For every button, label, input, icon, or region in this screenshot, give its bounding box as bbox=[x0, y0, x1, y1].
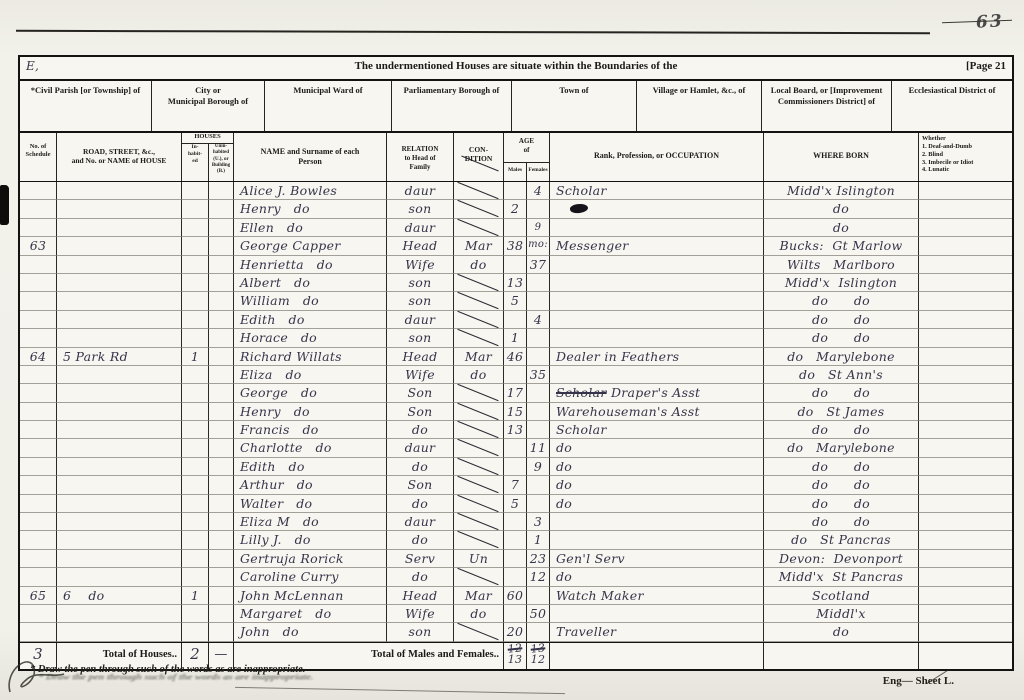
cell-occupation: Dealer in Feathers bbox=[550, 348, 764, 366]
cell-condition: Mar bbox=[454, 237, 504, 255]
cell-age_m bbox=[504, 513, 527, 531]
cell-born: do do bbox=[764, 384, 919, 402]
cell-name: Horace do bbox=[234, 329, 387, 347]
cell-relation: son bbox=[387, 623, 454, 641]
cell-occupation bbox=[550, 219, 764, 237]
cell-relation: son bbox=[387, 329, 454, 347]
cell-born: do do bbox=[764, 329, 919, 347]
cell-name: Eliza M do bbox=[234, 513, 387, 531]
district-header-6: Local Board, or [Improvement Commissione… bbox=[762, 81, 892, 131]
cell-relation: do bbox=[387, 495, 454, 513]
cell-schedule bbox=[20, 476, 57, 494]
district-header-row: *Civil Parish [or Township] ofCity or Mu… bbox=[20, 81, 1012, 133]
cell-occupation: do bbox=[550, 439, 764, 457]
cell-age_m: 17 bbox=[504, 384, 527, 402]
cell-uninhabited bbox=[209, 550, 234, 568]
cell-infirmity bbox=[919, 476, 1012, 494]
cell-relation: Son bbox=[387, 384, 454, 402]
cell-occupation: Traveller bbox=[550, 623, 764, 641]
cell-infirmity bbox=[919, 439, 1012, 457]
cell-infirmity bbox=[919, 458, 1012, 476]
cell-uninhabited bbox=[209, 311, 234, 329]
cell-inhabited bbox=[182, 384, 209, 402]
col-head-name: NAME and Surname of each Person bbox=[234, 133, 387, 181]
condition-pen-slash bbox=[457, 311, 498, 328]
cell-name: Henrietta do bbox=[234, 256, 387, 274]
cell-name: Francis do bbox=[234, 421, 387, 439]
cell-infirmity bbox=[919, 348, 1012, 366]
census-scan-page: 63 E, The undermentioned Houses are situ… bbox=[0, 0, 1024, 700]
cell-born: do do bbox=[764, 513, 919, 531]
cell-relation: Wife bbox=[387, 366, 454, 384]
cell-name: Henry do bbox=[234, 200, 387, 218]
cell-infirmity bbox=[919, 329, 1012, 347]
cell-age_m bbox=[504, 568, 527, 586]
cell-condition bbox=[454, 219, 504, 237]
cell-born: Midd'x Islington bbox=[764, 182, 919, 200]
cell-condition: do bbox=[454, 605, 504, 623]
col-head-road: ROAD, STREET, &c., and No. or NAME of HO… bbox=[57, 133, 182, 181]
cell-road bbox=[57, 605, 182, 623]
cell-road bbox=[57, 568, 182, 586]
cell-age_f: 9 mo: bbox=[527, 219, 550, 237]
district-header-2: Municipal Ward of bbox=[265, 81, 392, 131]
cell-name: Albert do bbox=[234, 274, 387, 292]
cell-age_m: 20 bbox=[504, 623, 527, 641]
summary-empty-infirmity bbox=[919, 643, 1012, 669]
summary-empty-occupation bbox=[550, 643, 764, 669]
cell-infirmity bbox=[919, 237, 1012, 255]
cell-schedule bbox=[20, 458, 57, 476]
cell-road bbox=[57, 384, 182, 402]
cell-age_f bbox=[527, 348, 550, 366]
cell-inhabited bbox=[182, 476, 209, 494]
cell-inhabited bbox=[182, 568, 209, 586]
cell-road bbox=[57, 403, 182, 421]
cell-age_f bbox=[527, 403, 550, 421]
condition-pen-slash bbox=[457, 384, 498, 401]
cell-road bbox=[57, 256, 182, 274]
cell-age_f: 23 bbox=[527, 550, 550, 568]
cell-born: Bucks: Gt Marlow bbox=[764, 237, 919, 255]
cell-relation: Head bbox=[387, 348, 454, 366]
cell-infirmity bbox=[919, 256, 1012, 274]
cell-occupation bbox=[550, 256, 764, 274]
cell-schedule bbox=[20, 605, 57, 623]
col-head-houses-group: HOUSES bbox=[182, 133, 234, 144]
cell-uninhabited bbox=[209, 384, 234, 402]
cell-uninhabited bbox=[209, 476, 234, 494]
cell-inhabited bbox=[182, 623, 209, 641]
cell-occupation: Warehouseman's Asst bbox=[550, 403, 764, 421]
cell-infirmity bbox=[919, 550, 1012, 568]
cell-relation: do bbox=[387, 458, 454, 476]
condition-pen-slash bbox=[457, 458, 498, 475]
cell-age_f bbox=[527, 274, 550, 292]
cell-occupation: do bbox=[550, 495, 764, 513]
cell-schedule bbox=[20, 421, 57, 439]
condition-pen-slash bbox=[457, 494, 498, 511]
col-head-occupation: Rank, Profession, or OCCUPATION bbox=[550, 133, 764, 181]
cell-condition bbox=[454, 568, 504, 586]
cell-road bbox=[57, 531, 182, 549]
district-header-5: Village or Hamlet, &c., of bbox=[637, 81, 762, 131]
cell-inhabited bbox=[182, 200, 209, 218]
condition-pen-slash bbox=[457, 182, 498, 199]
cell-relation: daur bbox=[387, 513, 454, 531]
cell-relation: daur bbox=[387, 219, 454, 237]
cell-condition bbox=[454, 329, 504, 347]
cell-inhabited bbox=[182, 292, 209, 310]
cell-uninhabited bbox=[209, 495, 234, 513]
col-head-relation: RELATION to Head of Family bbox=[387, 133, 454, 181]
cell-name: Ellen do bbox=[234, 219, 387, 237]
pen-stroke-bottom bbox=[235, 687, 565, 694]
col-head-infirmity: Whether 1. Deaf-and-Dumb 2. Blind 3. Imb… bbox=[919, 133, 1012, 181]
cell-road bbox=[57, 200, 182, 218]
cell-inhabited bbox=[182, 550, 209, 568]
cell-uninhabited bbox=[209, 458, 234, 476]
cell-age_m: 5 bbox=[504, 292, 527, 310]
cell-uninhabited bbox=[209, 182, 234, 200]
cell-age_m bbox=[504, 311, 527, 329]
cell-age_m bbox=[504, 439, 527, 457]
cell-age_f bbox=[527, 587, 550, 605]
cell-born: Midd'x Islington bbox=[764, 274, 919, 292]
cell-road bbox=[57, 476, 182, 494]
total-houses-label: Total of Houses.. bbox=[103, 649, 177, 660]
cell-age_f bbox=[527, 384, 550, 402]
cell-born: Devon: Devonport bbox=[764, 550, 919, 568]
cell-name: Alice J. Bowles bbox=[234, 182, 387, 200]
cell-age_f bbox=[527, 421, 550, 439]
col-head-inhabited: In- habit- ed bbox=[182, 144, 209, 181]
cell-condition bbox=[454, 439, 504, 457]
cell-born: do Marylebone bbox=[764, 348, 919, 366]
cell-inhabited bbox=[182, 311, 209, 329]
condition-pen-slash bbox=[457, 513, 498, 530]
cell-uninhabited bbox=[209, 219, 234, 237]
cell-uninhabited bbox=[209, 513, 234, 531]
cell-condition bbox=[454, 311, 504, 329]
cell-age_m bbox=[504, 256, 527, 274]
cell-infirmity bbox=[919, 531, 1012, 549]
cell-age_f bbox=[527, 292, 550, 310]
cell-born: do Marylebone bbox=[764, 439, 919, 457]
cell-relation: Son bbox=[387, 403, 454, 421]
cell-inhabited bbox=[182, 366, 209, 384]
cell-born: Midd'x St Pancras bbox=[764, 568, 919, 586]
cell-occupation: Gen'l Serv bbox=[550, 550, 764, 568]
cell-age_f: 12 bbox=[527, 568, 550, 586]
banner-title: The undermentioned Houses are situate wi… bbox=[20, 60, 1012, 72]
cell-schedule bbox=[20, 256, 57, 274]
cell-schedule bbox=[20, 311, 57, 329]
cell-born: Wilts Marlboro bbox=[764, 256, 919, 274]
cell-uninhabited bbox=[209, 587, 234, 605]
cell-condition bbox=[454, 458, 504, 476]
cell-occupation: Watch Maker bbox=[550, 587, 764, 605]
cell-condition bbox=[454, 623, 504, 641]
cell-born: Scotland bbox=[764, 587, 919, 605]
cell-schedule bbox=[20, 292, 57, 310]
cell-uninhabited bbox=[209, 623, 234, 641]
cell-condition: do bbox=[454, 366, 504, 384]
cell-relation: daur bbox=[387, 182, 454, 200]
cell-road bbox=[57, 495, 182, 513]
cell-occupation bbox=[550, 531, 764, 549]
cell-relation: Head bbox=[387, 587, 454, 605]
cell-age_f: 50 bbox=[527, 605, 550, 623]
cell-name: Lilly J. do bbox=[234, 531, 387, 549]
cell-schedule bbox=[20, 531, 57, 549]
top-rule bbox=[16, 30, 930, 34]
cell-schedule bbox=[20, 274, 57, 292]
cell-born: do St Ann's bbox=[764, 366, 919, 384]
cell-infirmity bbox=[919, 605, 1012, 623]
cell-uninhabited bbox=[209, 531, 234, 549]
cell-inhabited bbox=[182, 439, 209, 457]
cell-occupation: Scholar Draper's Asst bbox=[550, 384, 764, 402]
cell-age_f: 3 bbox=[527, 513, 550, 531]
cell-inhabited bbox=[182, 513, 209, 531]
condition-pen-slash bbox=[457, 402, 498, 419]
cell-infirmity bbox=[919, 292, 1012, 310]
cell-condition bbox=[454, 495, 504, 513]
ink-scribble bbox=[569, 203, 588, 214]
cell-name: Caroline Curry bbox=[234, 568, 387, 586]
condition-pen-slash bbox=[457, 476, 498, 493]
condition-pen-slash bbox=[457, 219, 498, 236]
cell-age_m bbox=[504, 605, 527, 623]
cell-schedule bbox=[20, 513, 57, 531]
cell-road: 6 do bbox=[57, 587, 182, 605]
cell-condition: do bbox=[454, 256, 504, 274]
cell-inhabited bbox=[182, 182, 209, 200]
col-head-condition: CON- DITION bbox=[454, 133, 504, 181]
cell-condition: Un bbox=[454, 550, 504, 568]
cell-born: do do bbox=[764, 495, 919, 513]
cell-occupation bbox=[550, 311, 764, 329]
cell-road bbox=[57, 623, 182, 641]
cell-inhabited bbox=[182, 531, 209, 549]
cell-road: 5 Park Rd bbox=[57, 348, 182, 366]
cell-age_m: 13 bbox=[504, 274, 527, 292]
cell-infirmity bbox=[919, 182, 1012, 200]
cell-condition bbox=[454, 513, 504, 531]
cell-name: Richard Willats bbox=[234, 348, 387, 366]
cell-age_f: 9 bbox=[527, 458, 550, 476]
cell-road bbox=[57, 513, 182, 531]
cell-schedule: 65 bbox=[20, 587, 57, 605]
cell-infirmity bbox=[919, 311, 1012, 329]
district-header-0: *Civil Parish [or Township] of bbox=[20, 81, 152, 131]
cell-occupation bbox=[550, 366, 764, 384]
cell-relation: son bbox=[387, 274, 454, 292]
cell-condition bbox=[454, 421, 504, 439]
col-head-age-females: Females bbox=[527, 163, 550, 181]
cell-occupation bbox=[550, 329, 764, 347]
footnote-ghost-offset-print: * Draw the pen through such of the words… bbox=[38, 673, 314, 682]
cell-infirmity bbox=[919, 421, 1012, 439]
cell-age_m: 2 bbox=[504, 200, 527, 218]
cell-schedule bbox=[20, 329, 57, 347]
condition-pen-slash bbox=[457, 292, 498, 309]
cell-infirmity bbox=[919, 366, 1012, 384]
cell-born: do St James bbox=[764, 403, 919, 421]
cell-born: do bbox=[764, 623, 919, 641]
cell-name: Arthur do bbox=[234, 476, 387, 494]
left-edge-ink-mark bbox=[0, 185, 9, 225]
cell-age_m: 38 bbox=[504, 237, 527, 255]
cell-born: do do bbox=[764, 292, 919, 310]
cell-name: Charlotte do bbox=[234, 439, 387, 457]
cell-schedule bbox=[20, 403, 57, 421]
cell-uninhabited bbox=[209, 256, 234, 274]
cell-condition bbox=[454, 292, 504, 310]
cell-road bbox=[57, 458, 182, 476]
cell-name: Walter do bbox=[234, 495, 387, 513]
cell-born: do do bbox=[764, 476, 919, 494]
cell-road bbox=[57, 292, 182, 310]
cell-age_m bbox=[504, 182, 527, 200]
cell-condition bbox=[454, 274, 504, 292]
cell-inhabited bbox=[182, 495, 209, 513]
cell-relation: Wife bbox=[387, 605, 454, 623]
cell-age_m bbox=[504, 531, 527, 549]
total-males: 1213 bbox=[504, 643, 526, 665]
district-header-3: Parliamentary Borough of bbox=[392, 81, 512, 131]
condition-pen-slash bbox=[457, 439, 498, 456]
cell-uninhabited bbox=[209, 200, 234, 218]
total-houses-uninhabited: — bbox=[209, 647, 233, 662]
col-head-schedule: No. of Schedule bbox=[20, 133, 57, 181]
cell-schedule: 64 bbox=[20, 348, 57, 366]
cell-occupation: Messenger bbox=[550, 237, 764, 255]
condition-pen-slash bbox=[457, 421, 498, 438]
cell-schedule: 63 bbox=[20, 237, 57, 255]
cell-schedule bbox=[20, 495, 57, 513]
cell-age_f: 4 bbox=[527, 311, 550, 329]
cell-name: Henry do bbox=[234, 403, 387, 421]
condition-pen-slash bbox=[457, 531, 498, 548]
cell-age_m bbox=[504, 219, 527, 237]
cell-occupation: do bbox=[550, 458, 764, 476]
cell-road bbox=[57, 237, 182, 255]
cell-condition bbox=[454, 476, 504, 494]
cell-condition bbox=[454, 384, 504, 402]
cell-inhabited bbox=[182, 237, 209, 255]
cell-infirmity bbox=[919, 568, 1012, 586]
cell-occupation bbox=[550, 513, 764, 531]
district-header-7: Ecclesiastical District of bbox=[892, 81, 1012, 131]
cell-age_f bbox=[527, 495, 550, 513]
cell-inhabited bbox=[182, 403, 209, 421]
cell-age_m: 15 bbox=[504, 403, 527, 421]
condition-pen-slash bbox=[457, 568, 498, 585]
cell-born: do do bbox=[764, 458, 919, 476]
cell-infirmity bbox=[919, 200, 1012, 218]
cell-condition: Mar bbox=[454, 587, 504, 605]
col-head-where-born: WHERE BORN bbox=[764, 133, 919, 181]
cell-road bbox=[57, 311, 182, 329]
cell-infirmity bbox=[919, 495, 1012, 513]
cell-road bbox=[57, 219, 182, 237]
census-entries: Alice J. Bowlesdaur4ScholarMidd'x Isling… bbox=[20, 182, 1012, 642]
cell-schedule bbox=[20, 550, 57, 568]
cell-age_f: 35 bbox=[527, 366, 550, 384]
cell-infirmity bbox=[919, 513, 1012, 531]
cell-condition bbox=[454, 200, 504, 218]
cell-road bbox=[57, 366, 182, 384]
cell-age_m bbox=[504, 366, 527, 384]
cell-uninhabited bbox=[209, 237, 234, 255]
cell-inhabited bbox=[182, 605, 209, 623]
cell-condition bbox=[454, 531, 504, 549]
cell-age_f: 37 bbox=[527, 256, 550, 274]
cell-schedule bbox=[20, 623, 57, 641]
cell-relation: do bbox=[387, 421, 454, 439]
cell-inhabited bbox=[182, 219, 209, 237]
cell-uninhabited bbox=[209, 421, 234, 439]
cell-age_m: 13 bbox=[504, 421, 527, 439]
cell-uninhabited bbox=[209, 605, 234, 623]
condition-pen-slash bbox=[457, 623, 498, 640]
cell-relation: daur bbox=[387, 311, 454, 329]
cell-inhabited bbox=[182, 274, 209, 292]
cell-infirmity bbox=[919, 384, 1012, 402]
cell-uninhabited bbox=[209, 329, 234, 347]
cell-schedule bbox=[20, 182, 57, 200]
cell-occupation: Scholar bbox=[550, 421, 764, 439]
cell-schedule bbox=[20, 568, 57, 586]
cell-age_m: 46 bbox=[504, 348, 527, 366]
cell-condition bbox=[454, 403, 504, 421]
cell-relation: son bbox=[387, 200, 454, 218]
census-table: E, The undermentioned Houses are situate… bbox=[18, 55, 1014, 671]
cell-uninhabited bbox=[209, 568, 234, 586]
cell-relation: Wife bbox=[387, 256, 454, 274]
total-females: 1312 bbox=[527, 643, 549, 665]
cell-age_f: 11 bbox=[527, 439, 550, 457]
cell-relation: Son bbox=[387, 476, 454, 494]
cell-name: Eliza do bbox=[234, 366, 387, 384]
page-number-stamp: 63 bbox=[976, 11, 1005, 32]
cell-road bbox=[57, 329, 182, 347]
cell-name: John McLennan bbox=[234, 587, 387, 605]
cell-uninhabited bbox=[209, 292, 234, 310]
column-header-row: No. of Schedule ROAD, STREET, &c., and N… bbox=[20, 133, 1012, 182]
cell-born: Middl'x bbox=[764, 605, 919, 623]
cell-infirmity bbox=[919, 403, 1012, 421]
cell-age_m: 7 bbox=[504, 476, 527, 494]
cell-uninhabited bbox=[209, 274, 234, 292]
cell-infirmity bbox=[919, 274, 1012, 292]
cell-age_f: 4 bbox=[527, 182, 550, 200]
cell-occupation: do bbox=[550, 476, 764, 494]
pen-flourish bbox=[2, 648, 72, 698]
cell-schedule bbox=[20, 366, 57, 384]
cell-relation: Head bbox=[387, 237, 454, 255]
cell-age_f: 1 bbox=[527, 531, 550, 549]
sheet-label: Eng— Sheet L. bbox=[883, 675, 954, 687]
cell-age_m bbox=[504, 550, 527, 568]
cell-uninhabited bbox=[209, 366, 234, 384]
cell-road bbox=[57, 182, 182, 200]
cell-inhabited bbox=[182, 458, 209, 476]
cell-infirmity bbox=[919, 587, 1012, 605]
cell-name: Edith do bbox=[234, 311, 387, 329]
